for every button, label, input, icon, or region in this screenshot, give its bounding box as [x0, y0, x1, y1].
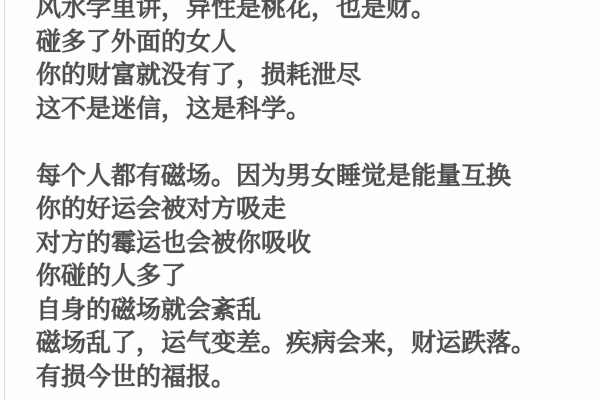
text-line: 你的好运会被对方吸走 — [36, 192, 600, 226]
blank-line — [36, 125, 600, 159]
text-line: 磁场乱了，运气变差。疾病会来，财运跌落。 — [36, 326, 600, 360]
text-line: 这不是迷信，这是科学。 — [36, 92, 600, 126]
text-line: 你的财富就没有了，损耗泄尽 — [36, 58, 600, 92]
text-line: 自身的磁场就会紊乱 — [36, 293, 600, 327]
text-line: 对方的霉运也会被你吸收 — [36, 226, 600, 260]
text-line: 碰多了外面的女人 — [36, 25, 600, 59]
page-background: 风水学里讲，异性是桃花，也是财。 碰多了外面的女人 你的财富就没有了，损耗泄尽 … — [0, 0, 600, 400]
text-line: 你碰的人多了 — [36, 259, 600, 293]
text-line: 风水学里讲，异性是桃花，也是财。 — [36, 0, 600, 25]
text-line: 每个人都有磁场。因为男女睡觉是能量互换 — [36, 159, 600, 193]
text-post-body: 风水学里讲，异性是桃花，也是财。 碰多了外面的女人 你的财富就没有了，损耗泄尽 … — [36, 0, 600, 393]
text-line: 有损今世的福报。 — [36, 360, 600, 394]
left-edge-divider — [4, 0, 5, 400]
